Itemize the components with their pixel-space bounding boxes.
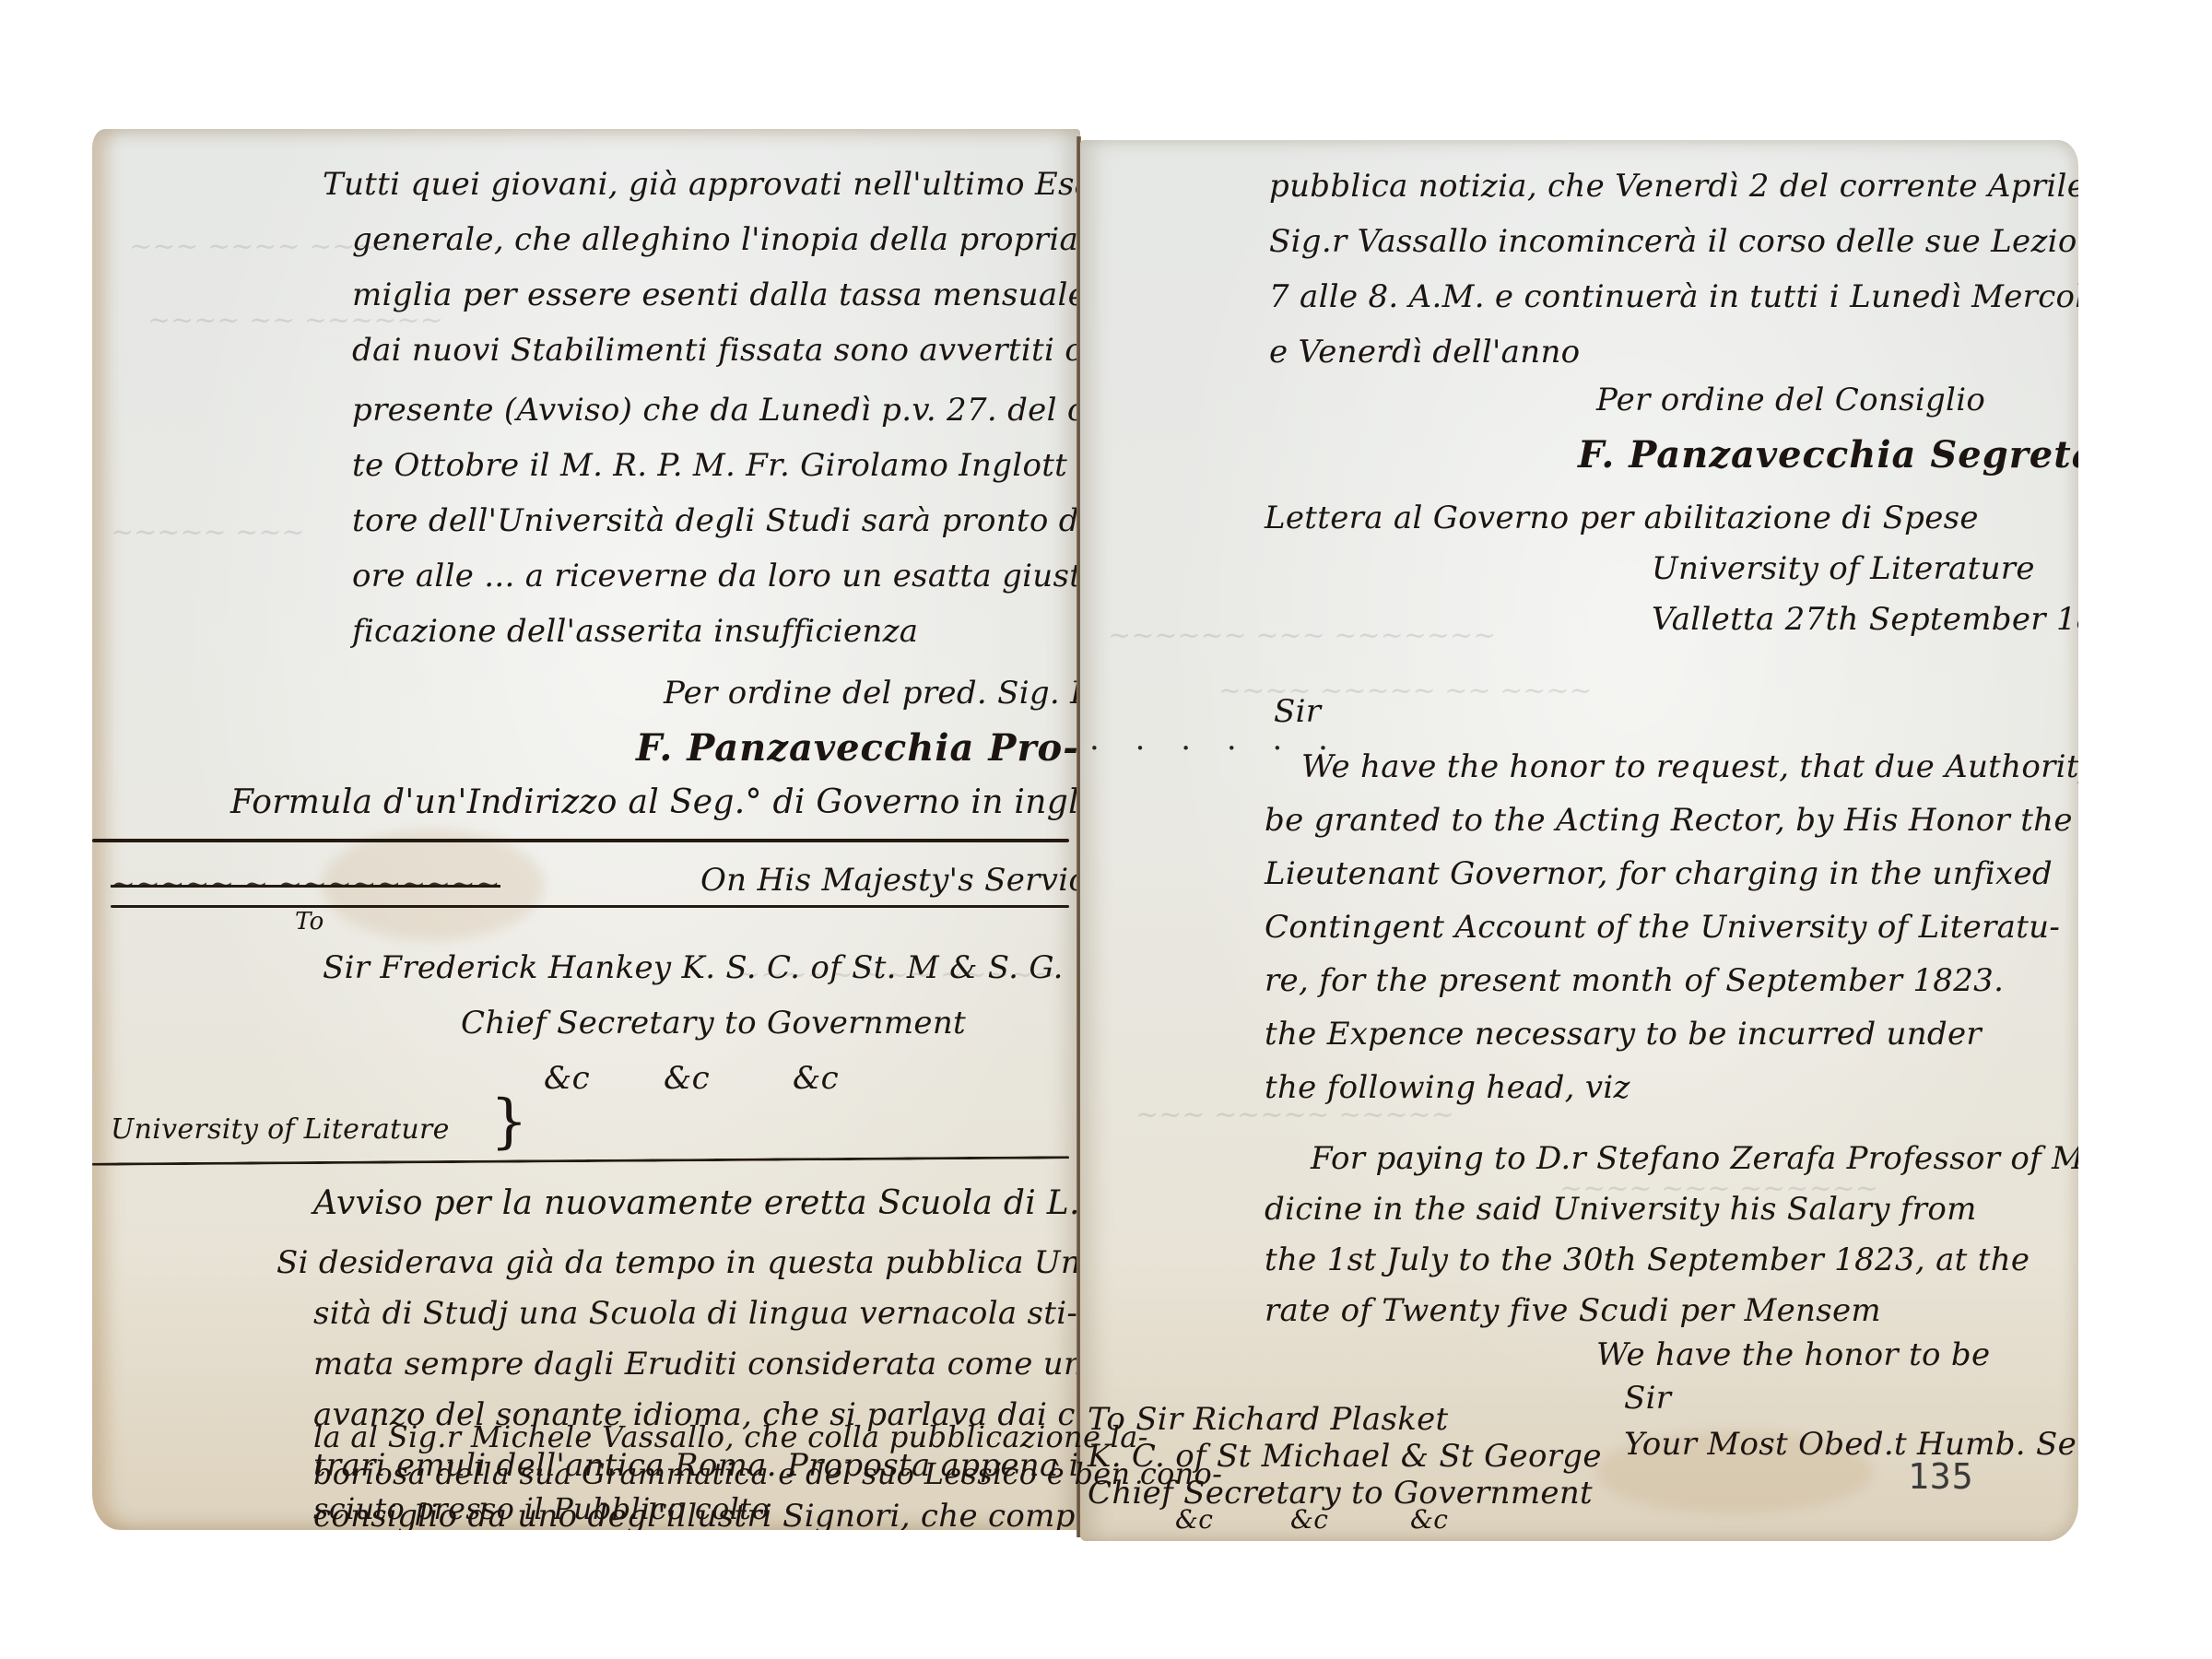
body-line: be granted to the Acting Rector, by His …: [1265, 802, 2073, 839]
body-line: Contingent Account of the University of …: [1265, 909, 2060, 946]
left-text-line: miglia per essere esenti dalla tassa men…: [352, 276, 1080, 313]
left-text-line: tore dell'Università degli Studi sarà pr…: [352, 502, 1080, 539]
right-text-line: e Venerdì dell'anno: [1269, 334, 1580, 371]
on-service-label: On His Majesty's Service: [700, 862, 1080, 899]
sender-label: University of Literature: [111, 1113, 450, 1146]
etc-mark: &c: [1290, 1504, 1328, 1535]
open-manuscript-book: ~~~ ~~~~ ~~~~~ ~~~~ ~~ ~~~~~~ ~~~~~ ~~~ …: [0, 0, 2212, 1659]
divider-rule: [111, 905, 1069, 908]
body-line: re, for the present month of September 1…: [1265, 962, 2004, 999]
signature: F. Panzavecchia Segretario: [1578, 433, 2078, 477]
avviso-line: la al Sig.r Michele Vassallo, che colla …: [313, 1419, 1148, 1454]
closing-line: Sir: [1624, 1380, 1671, 1417]
avviso-line: Si desiderava già da tempo in questa pub…: [276, 1244, 1080, 1281]
etc-mark: &c: [1410, 1504, 1448, 1535]
avviso-line: sciuto presso il Pubblico colto: [313, 1491, 770, 1526]
right-text-line: pubblica notizia, che Venerdì 2 del corr…: [1269, 168, 2078, 205]
salutation: Sir: [1274, 693, 1321, 730]
left-page: ~~~ ~~~~ ~~~~~ ~~~~ ~~ ~~~~~~ ~~~~~ ~~~ …: [92, 129, 1080, 1530]
right-text-line: 7 alle 8. A.M. e continuerà in tutti i L…: [1269, 278, 2078, 315]
brace: }: [490, 1088, 528, 1156]
payment-line: rate of Twenty five Scudi per Mensem: [1265, 1292, 1881, 1329]
etc-mark: &c: [664, 1060, 710, 1097]
left-text-line: generale, che alleghino l'inopia della p…: [352, 221, 1080, 258]
payment-line: the 1st July to the 30th September 1823,…: [1265, 1241, 2030, 1278]
divider-rule: [92, 839, 1069, 842]
formula-heading: Formula d'un'Indirizzo al Seg.° di Gover…: [230, 783, 1080, 821]
avviso-line: mata sempre dagli Eruditi considerata co…: [313, 1346, 1080, 1382]
left-text-line: presente (Avviso) che da Lunedì p.v. 27.…: [352, 392, 1080, 429]
body-line: the following head, viz: [1265, 1069, 1630, 1106]
left-text-line: ore alle ... a riceverne da loro un esat…: [352, 558, 1080, 594]
right-text-line: Sig.r Vassallo incomincerà il corso dell…: [1269, 223, 2078, 260]
avviso-line: boriosa della sua Grammatica e del suo L…: [313, 1456, 1222, 1491]
body-line: the Expence necessary to be incurred und…: [1265, 1016, 1982, 1053]
avviso-heading: Avviso per la nuovamente eretta Scuola d…: [313, 1184, 1080, 1222]
dateline-date: Valletta 27th September 1823: [1652, 601, 2078, 638]
to-mark: To: [295, 908, 324, 935]
divider-rule: [92, 1156, 1069, 1165]
left-text-line: te Ottobre il M. R. P. M. Fr. Girolamo I…: [352, 447, 1080, 484]
closing-line: We have the honor to be: [1596, 1336, 1990, 1373]
etc-mark: &c: [1175, 1504, 1213, 1535]
struck-out-text: ~~~~~ ~ ~~~~~~~~~: [111, 866, 500, 901]
payment-line: dicine in the said University his Salary…: [1265, 1191, 1977, 1228]
signature: F. Panzavecchia Pro-Segretario: [636, 726, 1080, 770]
etc-mark: &c: [793, 1060, 839, 1097]
etc-mark: &c: [544, 1060, 590, 1097]
right-page: ~~~~~~ ~~~ ~~~~~~~ ~~~~ ~~~~~ ~~ ~~~~ ~~…: [1080, 140, 2078, 1541]
left-text-line: dai nuovi Stabilimenti fissata sono avve…: [352, 332, 1080, 369]
dateline-institution: University of Literature: [1652, 550, 2035, 587]
page-number: 135: [1908, 1456, 1974, 1497]
left-text-line: ficazione dell'asserita insufficienza: [352, 613, 918, 650]
payment-line: For paying to D.r Stefano Zerafa Profess…: [1311, 1140, 2078, 1177]
letter-heading: Lettera al Governo per abilitazione di S…: [1265, 500, 1979, 536]
closing-order: Per ordine del Consiglio: [1596, 382, 1985, 418]
left-text-line: Tutti quei giovani, già approvati nell'u…: [323, 166, 1080, 203]
closing-order: Per ordine del pred. Sig. Rettore: [664, 675, 1080, 712]
addressee-title: Chief Secretary to Government: [461, 1005, 966, 1041]
closing-signoff: Your Most Obed.t Humb. Serv.ts: [1624, 1426, 2078, 1463]
body-line: Lieutenant Governor, for charging in the…: [1265, 855, 2053, 892]
body-line: We have the honor to request, that due A…: [1301, 748, 2078, 785]
addressee-name: Sir Frederick Hankey K. S. C. of St. M &…: [323, 949, 1064, 986]
avviso-line: sità di Studj una Scuola di lingua verna…: [313, 1295, 1077, 1332]
